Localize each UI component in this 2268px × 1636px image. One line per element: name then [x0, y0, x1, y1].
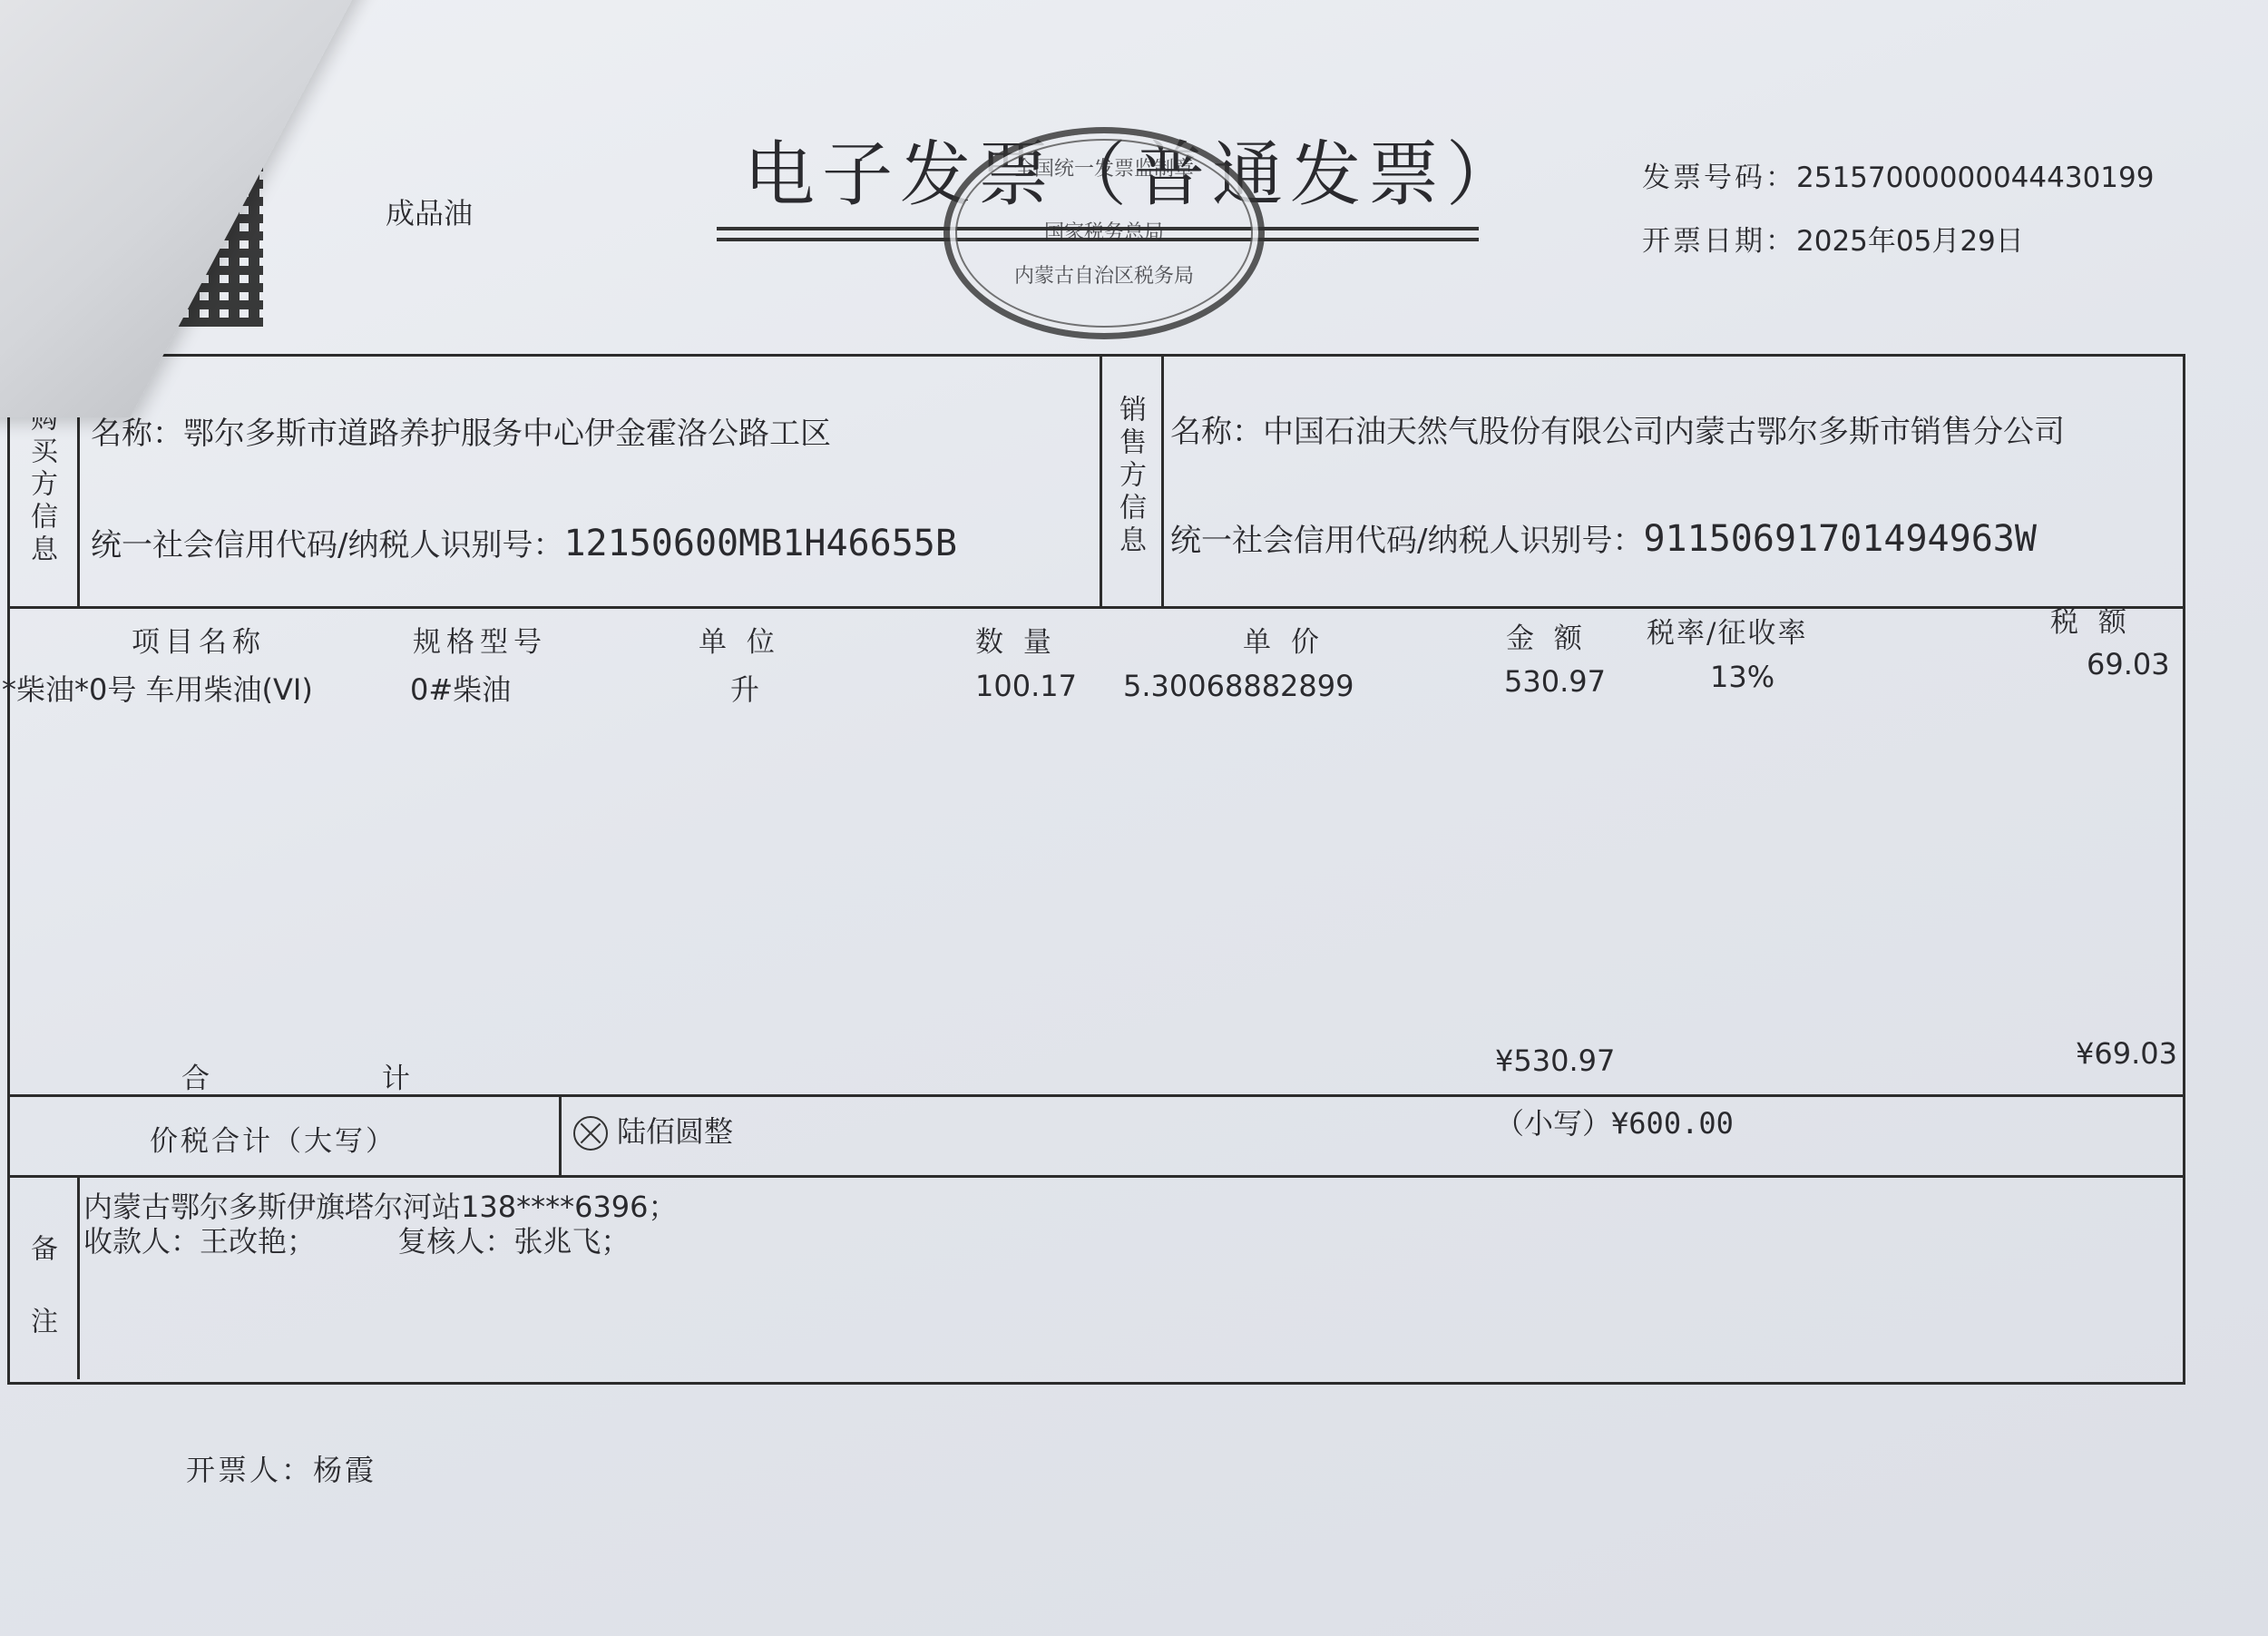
seller-tax-id: 统一社会信用代码/纳税人识别号：91150691701494963W	[1170, 515, 2037, 560]
item-tax: 69.03	[2087, 647, 2170, 681]
seller-name: 名称：中国石油天然气股份有限公司内蒙古鄂尔多斯市销售分公司	[1170, 407, 2065, 451]
item-quantity: 100.17	[975, 669, 1077, 703]
circle-x-icon	[573, 1116, 608, 1151]
header-tax: 税 额	[2050, 599, 2132, 640]
seal-text-top: 全国统一发票监制章	[950, 153, 1258, 181]
official-seal: 全国统一发票监制章 国家税务总局 内蒙古自治区税务局	[943, 127, 1265, 339]
issuer-name: 杨霞	[313, 1453, 376, 1487]
grand-total-small: （小写）¥600.00	[1495, 1101, 1734, 1142]
payee-name: 王改艳；	[200, 1224, 316, 1259]
invoice-number: 发票号码：25157000000044430199	[1642, 154, 2154, 195]
seller-name-label: 名称：	[1170, 414, 1263, 450]
invoice-date-label: 开票日期：	[1642, 225, 1796, 258]
seller-tax-id-value: 91150691701494963W	[1643, 518, 2036, 560]
payee-label: 收款人：	[83, 1224, 200, 1259]
divider	[559, 1094, 562, 1176]
header-quantity: 数 量	[975, 619, 1057, 660]
seller-section-label: 销售方信息	[1116, 395, 1143, 558]
reviewer-name: 张兆飞；	[513, 1224, 630, 1259]
header-tax-rate: 税率/征收率	[1647, 610, 1807, 651]
buyer-name-label: 名称：	[91, 416, 183, 452]
grand-total-small-label: （小写）	[1495, 1106, 1611, 1141]
invoice-date-value: 2025年05月29日	[1796, 225, 2024, 258]
item-amount: 530.97	[1504, 664, 1606, 699]
grand-total-words: 陆佰圆整	[573, 1109, 733, 1151]
header-amount: 金 额	[1506, 615, 1588, 656]
invoice-category: 成品油	[386, 191, 473, 232]
total-label: 合 计	[181, 1055, 492, 1096]
header-item-name: 项目名称	[132, 619, 266, 660]
buyer-tax-id-label: 统一社会信用代码/纳税人识别号：	[91, 527, 563, 563]
header-spec: 规格型号	[413, 619, 547, 660]
item-unit: 升	[730, 667, 759, 709]
divider	[7, 606, 2183, 609]
divider	[7, 1175, 2183, 1178]
seal-text-bottom: 内蒙古自治区税务局	[950, 260, 1258, 289]
issuer-label: 开票人：	[186, 1453, 313, 1487]
item-unit-price: 5.30068882899	[1123, 669, 1354, 703]
invoice-number-value: 25157000000044430199	[1796, 162, 2154, 194]
grand-total-small-value: ¥600.00	[1611, 1106, 1734, 1141]
divider	[1161, 354, 1164, 608]
invoice-date: 开票日期：2025年05月29日	[1642, 218, 2024, 259]
seller-tax-id-label: 统一社会信用代码/纳税人识别号：	[1170, 523, 1643, 559]
grand-total-words-value: 陆佰圆整	[617, 1114, 733, 1149]
divider	[1100, 354, 1102, 608]
item-name: *柴油*0号 车用柴油(VI)	[2, 667, 313, 709]
buyer-name-value: 鄂尔多斯市道路养护服务中心伊金霍洛公路工区	[183, 416, 831, 452]
buyer-name: 名称：鄂尔多斯市道路养护服务中心伊金霍洛公路工区	[91, 408, 831, 453]
issuer: 开票人：杨霞	[186, 1447, 376, 1489]
seal-text-middle: 国家税务总局	[950, 217, 1258, 245]
divider	[7, 1094, 2183, 1097]
header-unit: 单 位	[699, 619, 780, 660]
total-amount: ¥530.97	[1495, 1043, 1615, 1078]
buyer-section-label: 购买方信息	[27, 404, 54, 567]
item-tax-rate: 13%	[1710, 660, 1774, 694]
buyer-tax-id: 统一社会信用代码/纳税人识别号：12150600MB1H46655B	[91, 520, 957, 564]
grand-total-words-label: 价税合计（大写）	[150, 1118, 396, 1159]
buyer-tax-id-value: 12150600MB1H46655B	[563, 523, 956, 564]
total-tax: ¥69.03	[2076, 1036, 2177, 1071]
header-unit-price: 单 价	[1243, 619, 1325, 660]
invoice-number-label: 发票号码：	[1642, 162, 1796, 194]
divider	[77, 1175, 80, 1379]
seller-name-value: 中国石油天然气股份有限公司内蒙古鄂尔多斯市销售分公司	[1263, 414, 2065, 450]
remarks-signatories: 收款人：王改艳； 复核人：张兆飞；	[83, 1219, 630, 1260]
remarks-section-label: 备注	[27, 1234, 54, 1379]
reviewer-label: 复核人：	[397, 1224, 513, 1259]
item-spec: 0#柴油	[410, 667, 511, 709]
